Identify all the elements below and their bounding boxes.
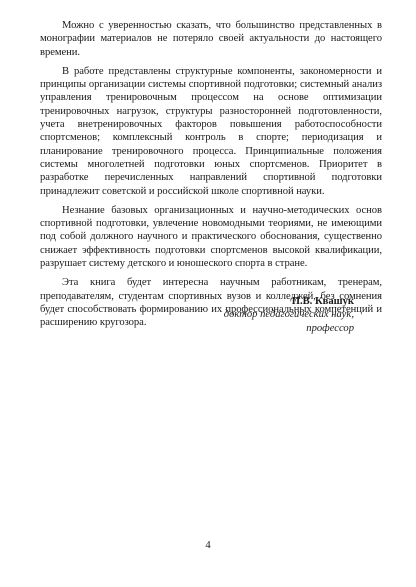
body-text: Можно с уверенностью сказать, что больши… — [40, 19, 382, 336]
author-degree: доктор педагогических наук, — [224, 308, 354, 321]
author-rank: профессор — [224, 322, 354, 335]
page-number: 4 — [0, 540, 416, 551]
signature-block: П.В. Квашук доктор педагогических наук, … — [224, 295, 354, 335]
paragraph-2: В работе представлены структурные компон… — [40, 65, 382, 198]
paragraph-1: Можно с уверенностью сказать, что больши… — [40, 19, 382, 59]
paragraph-3: Незнание базовых организационных и научн… — [40, 204, 382, 270]
document-page: Можно с уверенностью сказать, что больши… — [0, 0, 416, 587]
author-name: П.В. Квашук — [224, 295, 354, 308]
